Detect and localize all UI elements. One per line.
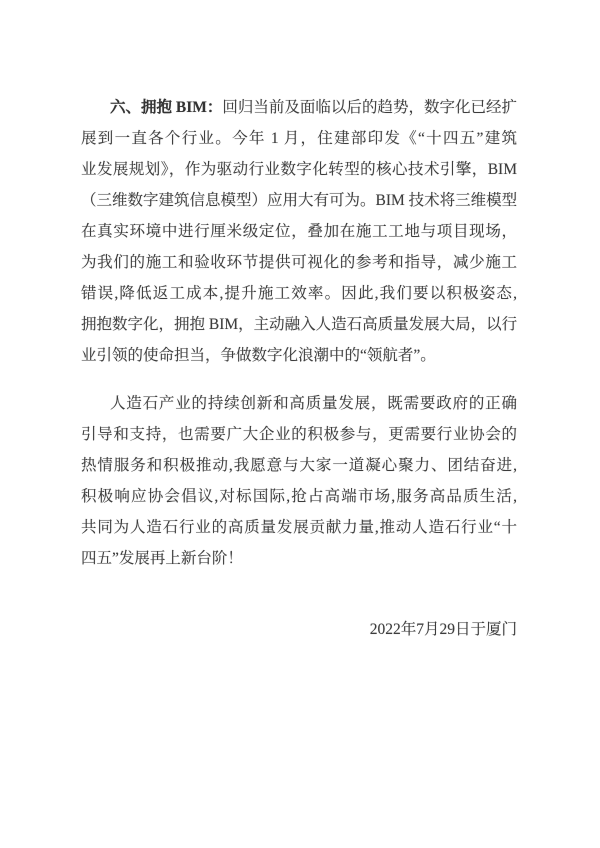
text-line: 共同为人造石行业的高质量发展贡献力量,推动人造石行业“十: [81, 512, 517, 543]
text-line: 积极响应协会倡议,对标国际,抢占高端市场,服务高品质生活,: [81, 481, 517, 512]
text-line: 业引领的使命担当，争做数字化浪潮中的“领航者”。: [81, 340, 517, 371]
text-line: 展到一直各个行业。今年 1 月，住建部印发《“十四五”建筑: [81, 123, 517, 154]
text-line: 热情服务和积极推动,我愿意与大家一道凝心聚力、团结奋进,: [81, 450, 517, 481]
text-line: 六、拥抱 BIM：回归当前及面临以后的趋势，数字化已经扩: [81, 92, 517, 123]
document-content: 六、拥抱 BIM：回归当前及面临以后的趋势，数字化已经扩展到一直各个行业。今年 …: [81, 92, 517, 645]
section-heading: 六、拥抱 BIM：: [110, 99, 222, 116]
paragraph-list: 六、拥抱 BIM：回归当前及面临以后的趋势，数字化已经扩展到一直各个行业。今年 …: [81, 92, 517, 574]
document-page: 六、拥抱 BIM：回归当前及面临以后的趋势，数字化已经扩展到一直各个行业。今年 …: [0, 0, 600, 848]
text-line: （三维数字建筑信息模型）应用大有可为。BIM 技术将三维模型: [81, 185, 517, 216]
paragraph-2: 人造石产业的持续创新和高质量发展，既需要政府的正确引导和支持，也需要广大企业的积…: [81, 388, 517, 574]
text-line: 错误,降低返工成本,提升施工效率。因此,我们要以积极姿态,: [81, 278, 517, 309]
text-line: 业发展规划》，作为驱动行业数字化转型的核心技术引擎，BIM: [81, 154, 517, 185]
text-line: 人造石产业的持续创新和高质量发展，既需要政府的正确: [81, 388, 517, 419]
text-line: 引导和支持，也需要广大企业的积极参与，更需要行业协会的: [81, 419, 517, 450]
paragraph-1: 六、拥抱 BIM：回归当前及面临以后的趋势，数字化已经扩展到一直各个行业。今年 …: [81, 92, 517, 371]
text-line: 在真实环境中进行厘米级定位，叠加在施工工地与项目现场，: [81, 216, 517, 247]
text-line: 四五”发展再上新台阶！: [81, 543, 517, 574]
dateline: 2022年7月29日于厦门: [81, 614, 517, 645]
text-line: 拥抱数字化，拥抱 BIM，主动融入人造石高质量发展大局，以行: [81, 309, 517, 340]
text-line: 为我们的施工和验收环节提供可视化的参考和指导，减少施工: [81, 247, 517, 278]
